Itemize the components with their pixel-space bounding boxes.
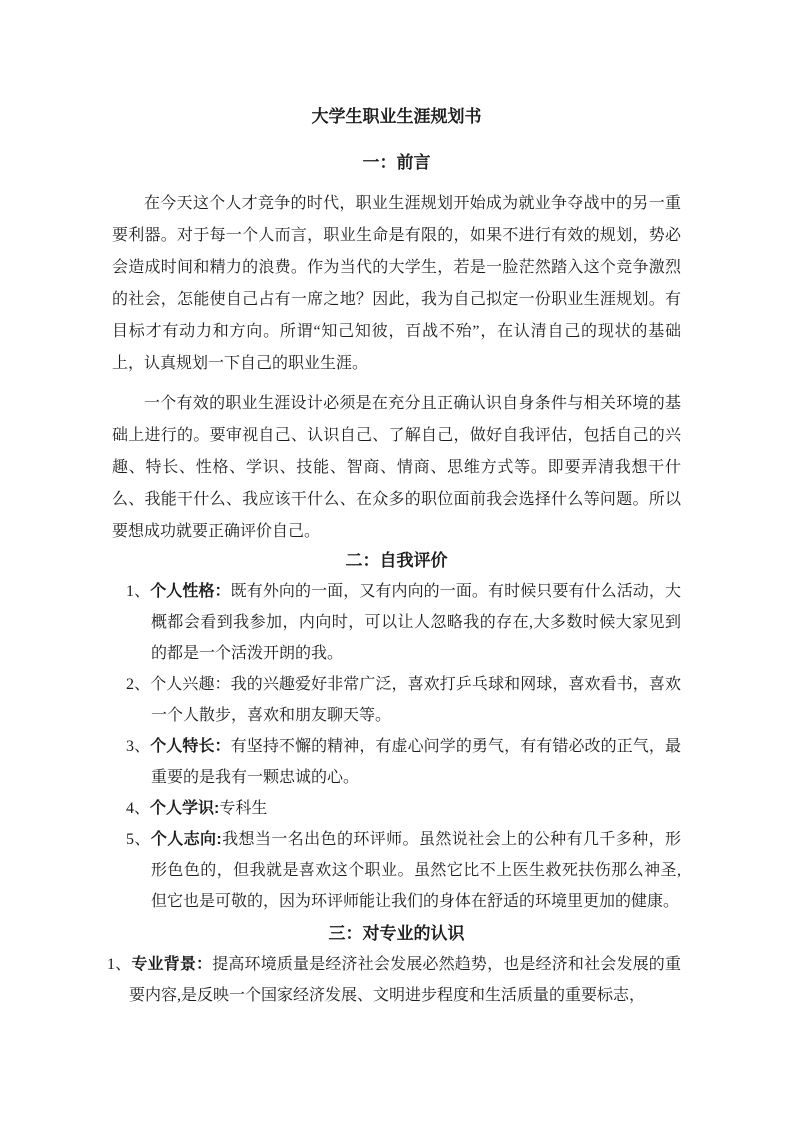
item-label: 个人特长: [150, 738, 214, 755]
item-colon: ：: [215, 738, 231, 755]
self-evaluation-list: 1、个人性格：既有外向的一面，又有内向的一面。有时候只要有什么活动，大概都会看到…: [112, 576, 681, 917]
item-label: 个人志向: [151, 831, 217, 848]
item-text: 我的兴趣爱好非常广泛，喜欢打乒乓球和网球，喜欢看书，喜欢一个人散步，喜欢和朋友聊…: [151, 676, 681, 724]
item-number: 2、: [126, 676, 150, 693]
document-page: 大学生职业生涯规划书 一：前言 在今天这个人才竞争的时代，职业生涯规划开始成为就…: [0, 0, 793, 1122]
item-text: 提高环境质量是经济社会发展必然趋势，也是经济和社会发展的重要内容,是反映一个国家…: [129, 956, 681, 1004]
document-title: 大学生职业生涯规划书: [112, 104, 681, 130]
item-number: 4、: [126, 800, 150, 817]
preface-paragraph-1: 在今天这个人才竞争的时代，职业生涯规划开始成为就业争夺战中的另一重要利器。对于每…: [112, 188, 681, 380]
item-colon: ：: [215, 583, 231, 600]
list-item-major-background: 1、专业背景：提高环境质量是经济社会发展必然趋势，也是经济和社会发展的重要内容,…: [112, 949, 681, 1011]
item-label: 个人兴趣: [150, 676, 214, 693]
list-item-interests: 2、个人兴趣：我的兴趣爱好非常广泛，喜欢打乒乓球和网球，喜欢看书，喜欢一个人散步…: [112, 669, 681, 731]
item-text: 专科生: [219, 800, 267, 817]
item-label: 专业背景: [131, 956, 196, 973]
section-heading-self-evaluation: 二：自我评价: [112, 548, 681, 574]
document-content: 大学生职业生涯规划书 一：前言 在今天这个人才竞争的时代，职业生涯规划开始成为就…: [0, 104, 793, 1011]
item-text: 既有外向的一面，又有内向的一面。有时候只要有什么活动，大概都会看到我参加，内向时…: [151, 583, 681, 662]
list-item-strengths: 3、个人特长：有坚持不懈的精神，有虚心问学的勇气，有有错必改的正气，最重要的是我…: [112, 731, 681, 793]
item-number: 5、: [126, 831, 151, 848]
section-heading-major-understanding: 三：对专业的认识: [112, 921, 681, 947]
item-number: 3、: [126, 738, 150, 755]
major-understanding-list: 1、专业背景：提高环境质量是经济社会发展必然趋势，也是经济和社会发展的重要内容,…: [112, 949, 681, 1011]
item-colon: ：: [215, 676, 231, 693]
item-number: 1、: [126, 583, 150, 600]
item-text: 有坚持不懈的精神，有虚心问学的勇气，有有错必改的正气，最重要的是我有一颗忠诚的心…: [151, 738, 681, 786]
item-colon: ：: [196, 956, 212, 973]
list-item-aspiration: 5、个人志向:我想当一名出色的环评师。虽然说社会上的公种有几千多种，形形色色的，…: [112, 824, 681, 917]
list-item-education: 4、个人学识:专科生: [112, 793, 681, 824]
list-item-personality: 1、个人性格：既有外向的一面，又有内向的一面。有时候只要有什么活动，大概都会看到…: [112, 576, 681, 669]
preface-paragraph-2: 一个有效的职业生涯设计必须是在充分且正确认识自身条件与相关环境的基础上进行的。要…: [112, 388, 681, 548]
section-heading-preface: 一：前言: [112, 150, 681, 176]
item-number: 1、: [107, 956, 131, 973]
item-label: 个人学识: [150, 800, 214, 817]
item-label: 个人性格: [150, 583, 214, 600]
item-text: 我想当一名出色的环评师。虽然说社会上的公种有几千多种，形形色色的，但我就是喜欢这…: [151, 831, 681, 910]
